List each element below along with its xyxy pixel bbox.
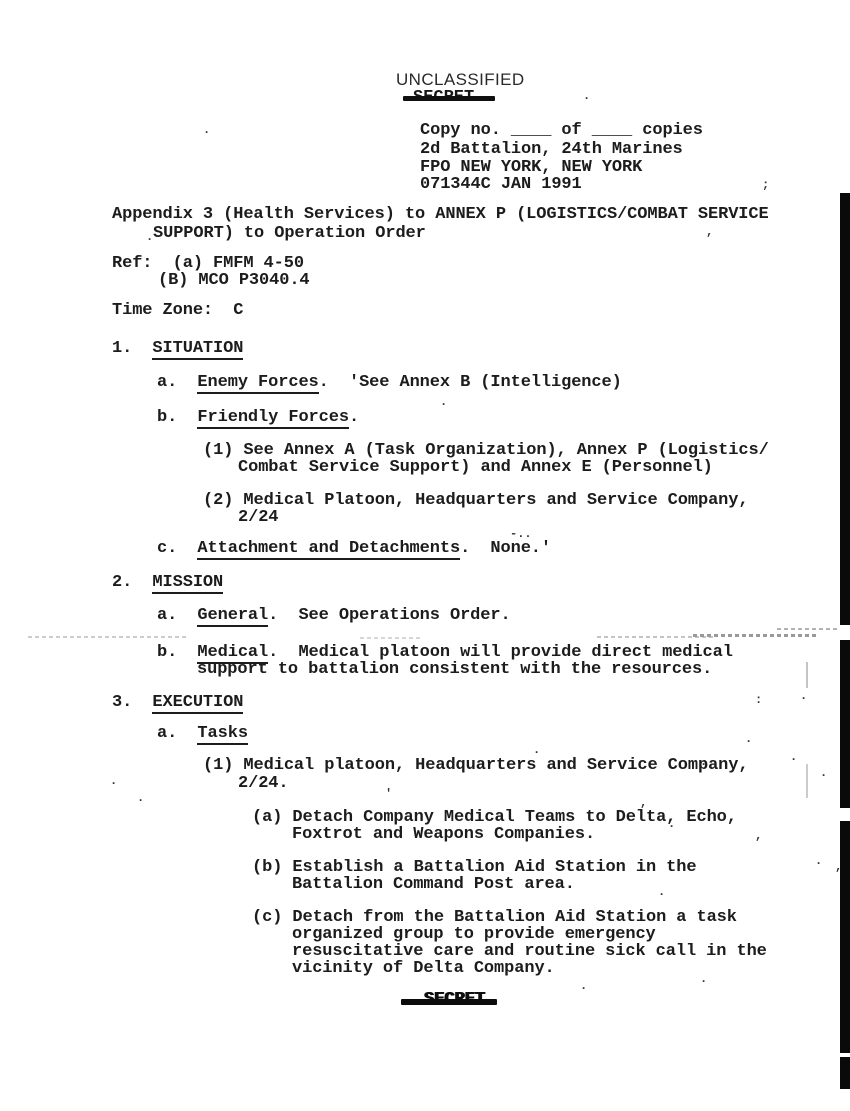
underlined-heading: Tasks <box>197 724 248 745</box>
document-line: Copy no. ____ of ____ copies <box>420 122 703 139</box>
text-segment: . None.' <box>460 539 551 558</box>
scan-smudge <box>693 634 818 637</box>
document-line: 071344C JAN 1991 <box>420 176 582 193</box>
text-segment: 2/24. <box>238 774 289 793</box>
document-line: Ref: (a) FMFM 4-50 <box>112 255 304 272</box>
scan-smudge <box>806 764 808 798</box>
text-segment: a. <box>157 606 197 625</box>
underlined-heading: Friendly Forces <box>197 408 349 429</box>
scanned-document-page: UNCLASSIFIED SECRET Copy no. ____ of ___… <box>0 0 850 1111</box>
document-line: a. Tasks <box>157 725 248 742</box>
document-line: a. General. See Operations Order. <box>157 607 511 624</box>
scan-edge-bar <box>840 193 850 625</box>
underlined-heading: Attachment and Detachments <box>197 539 460 560</box>
document-line: Appendix 3 (Health Services) to ANNEX P … <box>112 206 769 223</box>
underlined-heading: EXECUTION <box>152 693 243 714</box>
text-segment: . 'See Annex B (Intelligence) <box>319 373 622 392</box>
text-segment: 071344C JAN 1991 <box>420 175 582 194</box>
scan-speck: . <box>137 792 144 804</box>
text-segment: a. <box>157 373 197 392</box>
document-line: Foxtrot and Weapons Companies. <box>292 826 595 843</box>
scan-speck: . <box>583 90 590 102</box>
text-segment: (2) Medical Platoon, Headquarters and Se… <box>203 491 749 510</box>
text-segment: Combat Service Support) and Annex E (Per… <box>238 458 713 477</box>
document-line: Battalion Command Post area. <box>292 876 575 893</box>
document-line: (2) Medical Platoon, Headquarters and Se… <box>203 492 749 509</box>
text-segment: support to battalion consistent with the… <box>197 660 712 679</box>
underlined-heading: MISSION <box>152 573 223 594</box>
scan-speck: . <box>700 756 707 768</box>
document-line: a. Enemy Forces. 'See Annex B (Intellige… <box>157 374 622 391</box>
document-line: 2d Battalion, 24th Marines <box>420 141 683 158</box>
document-line: 2. MISSION <box>112 574 223 591</box>
text-segment: Time Zone: C <box>112 301 243 320</box>
scan-speck: . <box>533 744 540 756</box>
strikethrough-bar-top <box>403 96 495 101</box>
scan-edge-bar <box>840 1057 850 1089</box>
document-line: 2/24 <box>238 509 278 526</box>
text-segment: c. <box>157 539 197 558</box>
underlined-heading: General <box>197 606 268 627</box>
underlined-heading: SITUATION <box>152 339 243 360</box>
document-line: (a) Detach Company Medical Teams to Delt… <box>252 809 737 826</box>
text-segment: (1) Medical platoon, Headquarters and Se… <box>203 756 749 775</box>
scan-speck: . <box>440 396 447 408</box>
unclassified-stamp: UNCLASSIFIED <box>396 70 525 89</box>
scan-speck: . <box>815 855 822 867</box>
text-segment: (B) MCO P3040.4 <box>158 271 310 290</box>
document-line: c. Attachment and Detachments. None.' <box>157 540 551 557</box>
scan-edge-bar <box>840 640 850 808</box>
scan-speck: ; <box>762 179 769 191</box>
document-line: organized group to provide emergency <box>292 926 656 943</box>
document-line: resuscitative care and routine sick call… <box>292 943 767 960</box>
scan-speck: ' <box>385 788 392 800</box>
text-segment: 2d Battalion, 24th Marines <box>420 140 683 159</box>
scan-speck: . <box>700 973 707 985</box>
scan-speck: . <box>203 124 210 136</box>
text-segment: Battalion Command Post area. <box>292 875 575 894</box>
scan-speck: , <box>835 861 842 873</box>
document-line: vicinity of Delta Company. <box>292 960 555 977</box>
scan-speck: . <box>658 886 665 898</box>
document-line: Combat Service Support) and Annex E (Per… <box>238 459 713 476</box>
text-segment: 3. <box>112 693 152 712</box>
document-line: 2/24. <box>238 775 289 792</box>
scan-speck: : <box>755 694 762 706</box>
document-line: SUPPORT) to Operation Order <box>153 225 426 242</box>
scan-speck: . <box>745 733 752 745</box>
document-line: (1) Medical platoon, Headquarters and Se… <box>203 757 749 774</box>
document-line: (1) See Annex A (Task Organization), Ann… <box>203 442 769 459</box>
scan-edge-bar <box>840 821 850 1053</box>
document-line: (b) Establish a Battalion Aid Station in… <box>252 859 696 876</box>
text-segment: . See Operations Order. <box>268 606 510 625</box>
text-segment: b. <box>157 643 197 662</box>
text-segment: 1. <box>112 339 152 358</box>
scan-speck: . <box>580 980 587 992</box>
scan-smudge <box>28 636 188 638</box>
text-segment: 2/24 <box>238 508 278 527</box>
document-line: (B) MCO P3040.4 <box>158 272 310 289</box>
scan-smudge <box>777 628 839 630</box>
text-segment: Appendix 3 (Health Services) to ANNEX P … <box>112 205 769 224</box>
scan-speck: -.. <box>510 528 532 540</box>
text-segment: b. <box>157 408 197 427</box>
text-segment: a. <box>157 724 197 743</box>
underlined-heading: Enemy Forces <box>197 373 318 394</box>
document-line: 3. EXECUTION <box>112 694 243 711</box>
text-segment: . <box>349 408 359 427</box>
document-line: FPO NEW YORK, NEW YORK <box>420 159 642 176</box>
scan-speck: . <box>668 818 675 830</box>
strikethrough-bar-bottom <box>401 999 497 1005</box>
document-line: 1. SITUATION <box>112 340 243 357</box>
text-segment: Foxtrot and Weapons Companies. <box>292 825 595 844</box>
scan-speck: . <box>800 690 807 702</box>
scan-smudge <box>806 662 808 688</box>
scan-speck: , <box>706 226 713 238</box>
text-segment: Copy no. ____ of ____ copies <box>420 121 703 140</box>
document-line: b. Friendly Forces. <box>157 409 359 426</box>
document-line: support to battalion consistent with the… <box>197 661 712 678</box>
scan-speck: , <box>640 797 647 809</box>
document-line: b. Medical. Medical platoon will provide… <box>157 644 733 661</box>
scan-smudge <box>360 637 420 639</box>
scan-speck: . <box>110 775 117 787</box>
scan-speck: . <box>790 751 797 763</box>
document-line: Time Zone: C <box>112 302 243 319</box>
scan-speck: . <box>146 231 153 243</box>
text-segment: 2. <box>112 573 152 592</box>
document-line: (c) Detach from the Battalion Aid Statio… <box>252 909 737 926</box>
text-segment: vicinity of Delta Company. <box>292 959 555 978</box>
text-segment: SUPPORT) to Operation Order <box>153 224 426 243</box>
scan-speck: . <box>820 767 827 779</box>
scan-speck: , <box>755 830 762 842</box>
